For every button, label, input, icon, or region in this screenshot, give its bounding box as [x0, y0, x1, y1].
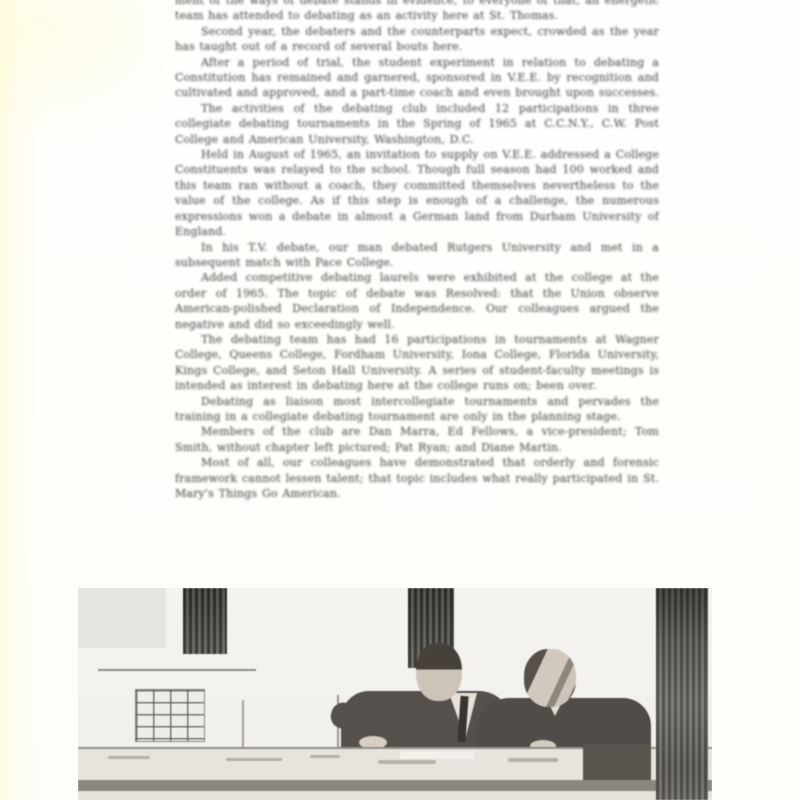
desk-mark	[378, 760, 436, 764]
blurred-paragraph: Held in August of 1965, an invitation to…	[175, 147, 659, 239]
photo-content	[78, 588, 712, 800]
pillar-left	[183, 588, 227, 654]
blurred-paragraph: Second year, the debaters and the counte…	[175, 24, 659, 55]
wall-ledge-line	[98, 669, 256, 671]
wall-seam-line	[242, 700, 244, 750]
desk-mark	[508, 758, 558, 762]
desk-front-stripe	[78, 780, 712, 791]
wall-panel	[78, 588, 166, 648]
blurred-paragraph: ment of the ways of debate stands in evi…	[175, 0, 659, 24]
desk-base	[78, 791, 712, 800]
blurred-paragraph: The debating team has had 16 participati…	[175, 332, 659, 394]
blurred-paragraph: Added competitive debating laurels were …	[175, 270, 659, 332]
blurred-paragraph: After a period of trial, the student exp…	[175, 55, 659, 101]
body-text-column: ment of the ways of debate stands in evi…	[175, 0, 659, 559]
man-right-head	[524, 649, 576, 707]
scanned-page: ment of the ways of debate stands in evi…	[0, 0, 800, 800]
desk-mark	[226, 758, 282, 761]
desk-mark	[310, 755, 340, 758]
blurred-paragraph: In his T.V. debate, our man debated Rutg…	[175, 240, 659, 271]
man-left-head	[416, 643, 462, 701]
photo	[78, 588, 712, 800]
blurred-paragraph: Members of the club are Dan Marra, Ed Fe…	[175, 424, 659, 455]
window-grille	[135, 689, 205, 742]
desk-mark	[108, 756, 150, 759]
blurred-paragraph: The activities of the debating club incl…	[175, 101, 659, 147]
pillar-right	[656, 588, 708, 800]
blurred-paragraph: Most of all, our colleagues have demonst…	[175, 455, 659, 501]
paper-on-desk	[400, 751, 474, 759]
blurred-paragraph: Debating as liaison most intercollegiate…	[175, 394, 659, 425]
